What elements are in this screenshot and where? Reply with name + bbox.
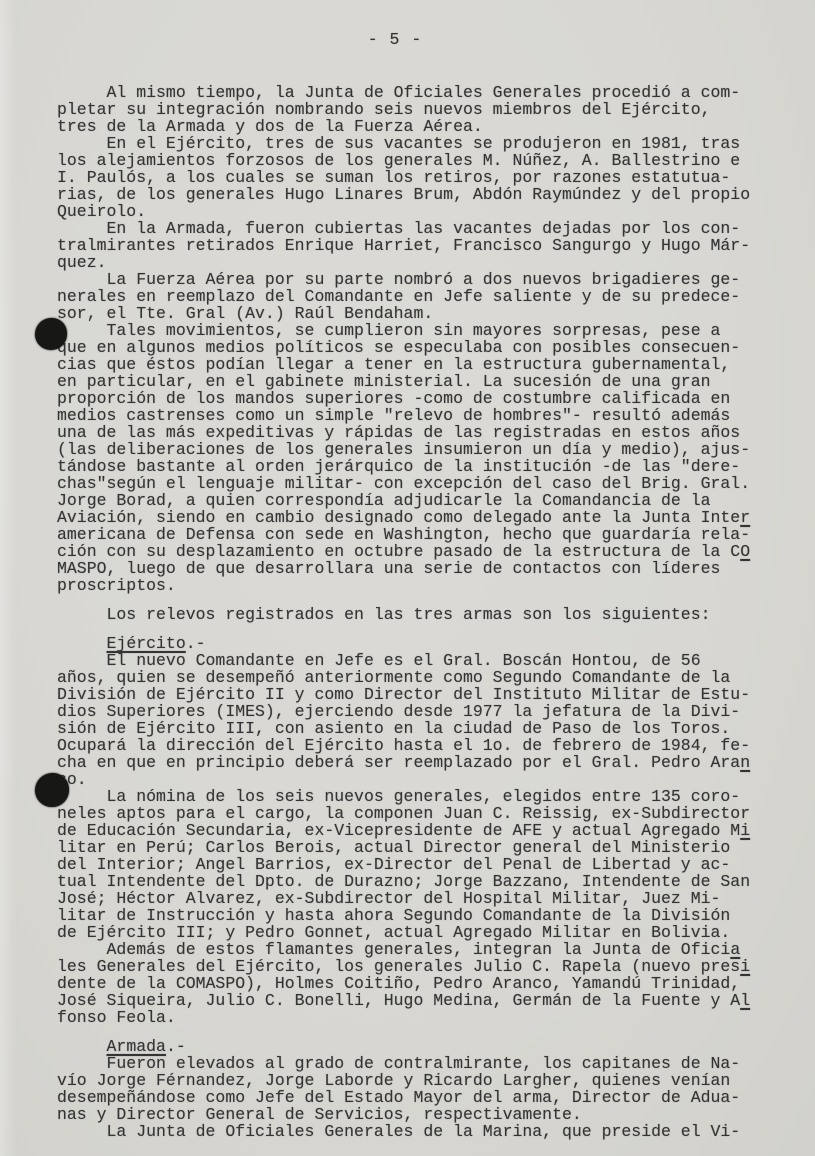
text-line: cias que éstos podían llegar a tener en … bbox=[57, 356, 750, 373]
document-text: Al mismo tiempo, la Junta de Oficiales G… bbox=[57, 84, 750, 1140]
text-line: tralmirantes retirados Enrique Harriet, … bbox=[57, 237, 750, 254]
text-line: sor, el Tte. Gral (Av.) Raúl Bendaham. bbox=[57, 305, 750, 322]
text-line: chas"según el lenguaje militar- con exce… bbox=[57, 475, 750, 492]
page-number: - 5 - bbox=[0, 30, 790, 49]
text-line: MASPO, luego de que desarrollara una ser… bbox=[57, 560, 750, 577]
text-line: El nuevo Comandante en Jefe es el Gral. … bbox=[57, 652, 750, 669]
continuation-underline: O bbox=[740, 542, 750, 561]
continuation-underline: l bbox=[740, 991, 750, 1010]
text-line: les Generales del Ejército, los generale… bbox=[57, 958, 750, 975]
text-line: litar de Instrucción y hasta ahora Segun… bbox=[57, 907, 750, 924]
continuation-underline: i bbox=[740, 821, 750, 840]
text-line: I. Paulós, a los cuales se suman los ret… bbox=[57, 169, 750, 186]
text-line: Además de estos flamantes generales, int… bbox=[57, 941, 750, 958]
text-line: americana de Defensa con sede en Washing… bbox=[57, 526, 750, 543]
text-line: La Fuerza Aérea por su parte nombró a do… bbox=[57, 271, 750, 288]
text-line: rias, de los generales Hugo Linares Brum… bbox=[57, 186, 750, 203]
text-line: una de las más expeditivas y rápidas de … bbox=[57, 424, 750, 441]
text-line: La Junta de Oficiales Generales de la Ma… bbox=[57, 1123, 750, 1140]
text-line: (las deliberaciones de los generales ins… bbox=[57, 441, 750, 458]
text-line: ción con su desplazamiento en octubre pa… bbox=[57, 543, 750, 560]
text-line: cha en que en principio deberá ser reemp… bbox=[57, 754, 750, 771]
continuation-underline: n bbox=[740, 753, 750, 772]
text-line: quez. bbox=[57, 254, 750, 271]
text-line: José Siqueira, Julio C. Bonelli, Hugo Me… bbox=[57, 992, 750, 1009]
text-line: años, quien se desempeñó anteriormente c… bbox=[57, 669, 750, 686]
text-line: del Interior; Angel Barrios, ex-Director… bbox=[57, 856, 750, 873]
text-line: tándose bastante al orden jerárquico de … bbox=[57, 458, 750, 475]
ink-blot bbox=[35, 773, 69, 807]
text-line: Ejército.- bbox=[57, 635, 750, 652]
text-line: tual Intendente del Dpto. de Durazno; Jo… bbox=[57, 873, 750, 890]
text-line: José; Héctor Alvarez, ex-Subdirector del… bbox=[57, 890, 750, 907]
text-line: en particular, en el gabinete ministeria… bbox=[57, 373, 750, 390]
text-line: co. bbox=[57, 771, 750, 788]
text-line: División de Ejército II y como Director … bbox=[57, 686, 750, 703]
text-line: pletar su integración nombrando seis nue… bbox=[57, 101, 750, 118]
text-line: los alejamientos forzosos de los general… bbox=[57, 152, 750, 169]
text-line: nas y Director General de Servicios, res… bbox=[57, 1106, 750, 1123]
text-line: tres de la Armada y dos de la Fuerza Aér… bbox=[57, 118, 750, 135]
text-line: que en algunos medios políticos se espec… bbox=[57, 339, 750, 356]
text-line: Tales movimientos, se cumplieron sin may… bbox=[57, 322, 750, 339]
continuation-underline: i bbox=[740, 957, 750, 976]
text-line: Queirolo. bbox=[57, 203, 750, 220]
text-line: desempeñándose como Jefe del Estado Mayo… bbox=[57, 1089, 750, 1106]
text-line: vío Jorge Férnandez, Jorge Laborde y Ric… bbox=[57, 1072, 750, 1089]
document-page: - 5 - Al mismo tiempo, la Junta de Ofici… bbox=[0, 0, 815, 1156]
text-line: En la Armada, fueron cubiertas las vacan… bbox=[57, 220, 750, 237]
text-line: nerales en reemplazo del Comandante en J… bbox=[57, 288, 750, 305]
text-line: Armada.- bbox=[57, 1038, 750, 1055]
text-line: La nómina de los seis nuevos generales, … bbox=[57, 788, 750, 805]
text-line: Al mismo tiempo, la Junta de Oficiales G… bbox=[57, 84, 750, 101]
ink-blot bbox=[35, 318, 67, 350]
text-line: dente de la COMASPO), Holmes Coitiño, Pe… bbox=[57, 975, 750, 992]
text-line: litar en Perú; Carlos Berois, actual Dir… bbox=[57, 839, 750, 856]
text-line: fonso Feola. bbox=[57, 1009, 750, 1026]
text-line: neles aptos para el cargo, la componen J… bbox=[57, 805, 750, 822]
text-line: proscriptos. bbox=[57, 577, 750, 594]
text-line: Aviación, siendo en cambio designado com… bbox=[57, 509, 750, 526]
text-line: Jorge Borad, a quien correspondía adjudi… bbox=[57, 492, 750, 509]
text-line: de Ejército III; y Pedro Gonnet, actual … bbox=[57, 924, 750, 941]
text-line: En el Ejército, tres de sus vacantes se … bbox=[57, 135, 750, 152]
text-line: medios castrenses como un simple "relevo… bbox=[57, 407, 750, 424]
text-line: Fueron elevados al grado de contralmiran… bbox=[57, 1055, 750, 1072]
text-line: proporción de los mandos superiores -com… bbox=[57, 390, 750, 407]
text-line: de Educación Secundaria, ex-Vicepresiden… bbox=[57, 822, 750, 839]
text-line: dios Superiores (IMES), ejerciendo desde… bbox=[57, 703, 750, 720]
text-line: sión de Ejército III, con asiento en la … bbox=[57, 720, 750, 737]
text-line: Los relevos registrados en las tres arma… bbox=[57, 606, 750, 623]
text-line: Ocupará la dirección del Ejército hasta … bbox=[57, 737, 750, 754]
